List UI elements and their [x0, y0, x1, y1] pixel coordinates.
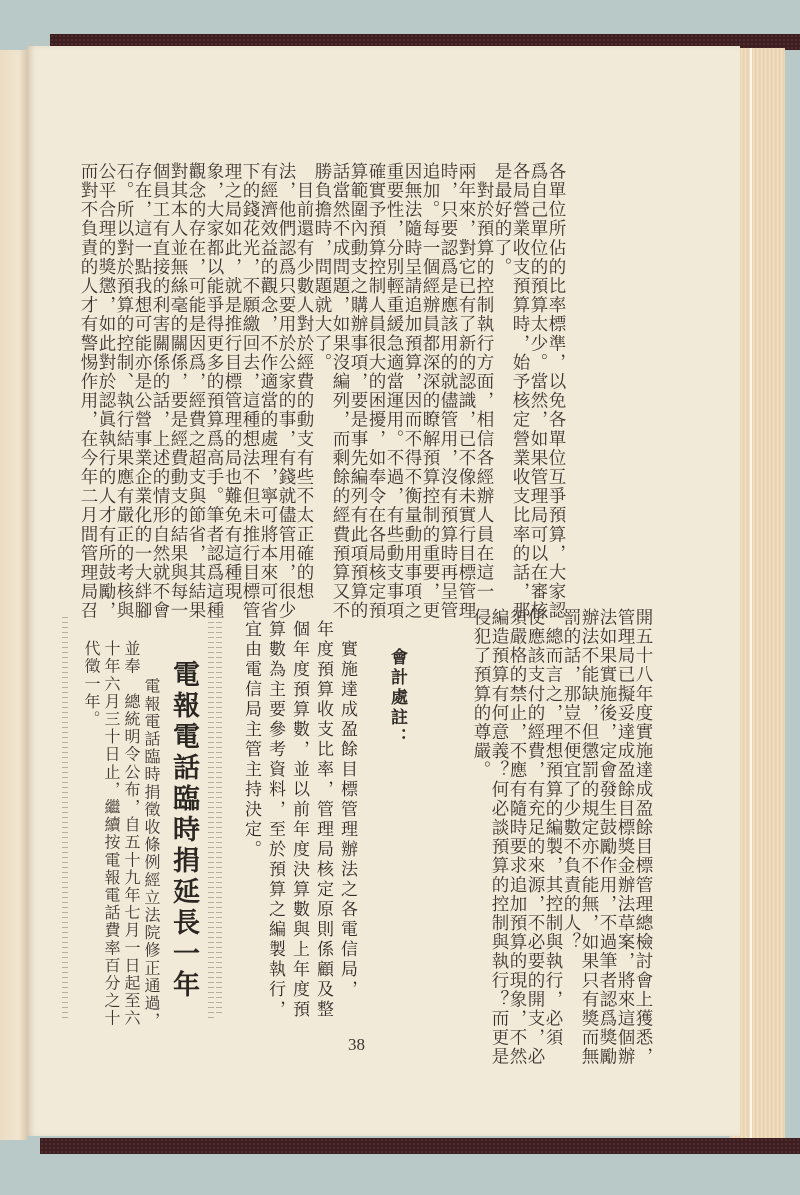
- left-page-sliver: [0, 50, 27, 1140]
- text-column: 侵犯了預算的尊嚴。: [470, 608, 492, 780]
- note-column: 年度預算收支比率，管理局核定原則係顧及整: [312, 620, 334, 1020]
- page-number: 38: [348, 1035, 365, 1055]
- notice-column: 十年六月三十日止，繼續按電報電話費率百分之十: [100, 640, 122, 1027]
- note-column: 算數為主要參考資料，至於預算之編製執行，: [264, 620, 286, 1020]
- notice-column: 代徵一年。: [80, 640, 102, 728]
- note-heading: 會計處註：: [386, 648, 408, 748]
- note-column: 宜由電信局主管主持決定。: [240, 620, 262, 860]
- note-column: 實施達成盈餘目標管理辦法之各電信局，: [336, 620, 358, 1000]
- wavy-border-right: [208, 615, 214, 1020]
- wavy-border-left: [62, 615, 68, 1020]
- notice-column: 電報電話臨時捐徵收條例經立法院修正通過，: [140, 660, 162, 1030]
- wavy-border-divider: [216, 605, 222, 1015]
- notice-column: 並奉 總統明令公布，自五十九年七月一日起至六: [120, 640, 142, 1027]
- note-column: 個年度預算數，並以前年度決算數與上年度預: [288, 620, 310, 1020]
- book-cover-bottom-edge: [40, 1138, 800, 1154]
- text-column: 而對不負責的人才有警惕作用，在今年二月間管理局召: [77, 162, 99, 620]
- notice-title: 電報電話臨時捐延長一年: [172, 660, 194, 1001]
